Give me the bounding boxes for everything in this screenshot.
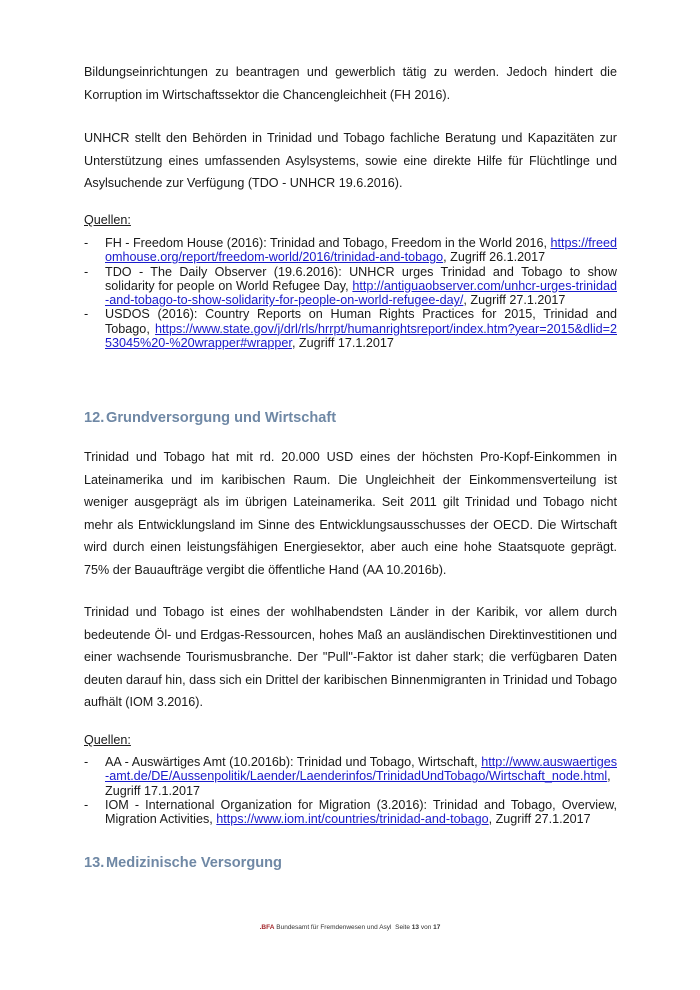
source-item-usdos: - USDOS (2016): Country Reports on Human… (84, 307, 617, 350)
footer-page-number: 13 (412, 924, 419, 931)
bfa-logo: .BFA (260, 924, 275, 931)
source-item-tdo: - TDO - The Daily Observer (19.6.2016): … (84, 265, 617, 308)
section-heading-13: 13.Medizinische Versorgung (84, 855, 282, 871)
list-dash: - (84, 798, 88, 812)
source-item-aa: - AA - Auswärtiges Amt (10.2016b): Trini… (84, 755, 617, 798)
list-dash: - (84, 755, 88, 769)
list-dash: - (84, 265, 88, 279)
sources-label: Quellen: (84, 213, 131, 227)
source-link-iom[interactable]: https://www.iom.int/countries/trinidad-a… (216, 812, 488, 826)
paragraph-unhcr: UNHCR stellt den Behörden in Trinidad un… (84, 127, 617, 195)
sources-list-1: - FH - Freedom House (2016): Trinidad an… (84, 236, 617, 350)
source-item-fh: - FH - Freedom House (2016): Trinidad an… (84, 236, 617, 265)
section-heading-12: 12.Grundversorgung und Wirtschaft (84, 410, 336, 426)
sources-list-2: - AA - Auswärtiges Amt (10.2016b): Trini… (84, 755, 617, 826)
paragraph-education: Bildungseinrichtungen zu beantragen und … (84, 61, 617, 106)
footer-org: Bundesamt für Fremdenwesen und Asyl (276, 924, 391, 931)
source-item-iom: - IOM - International Organization for M… (84, 798, 617, 827)
list-dash: - (84, 236, 88, 250)
paragraph-wealth: Trinidad und Tobago ist eines der wohlha… (84, 601, 617, 714)
paragraph-income: Trinidad und Tobago hat mit rd. 20.000 U… (84, 446, 617, 582)
footer-page-total: 17 (433, 924, 440, 931)
list-dash: - (84, 307, 88, 321)
sources-label-2: Quellen: (84, 733, 131, 747)
footer-page-label: Seite (395, 924, 410, 931)
page-footer: .BFA Bundesamt für Fremdenwesen und Asyl… (0, 924, 700, 931)
